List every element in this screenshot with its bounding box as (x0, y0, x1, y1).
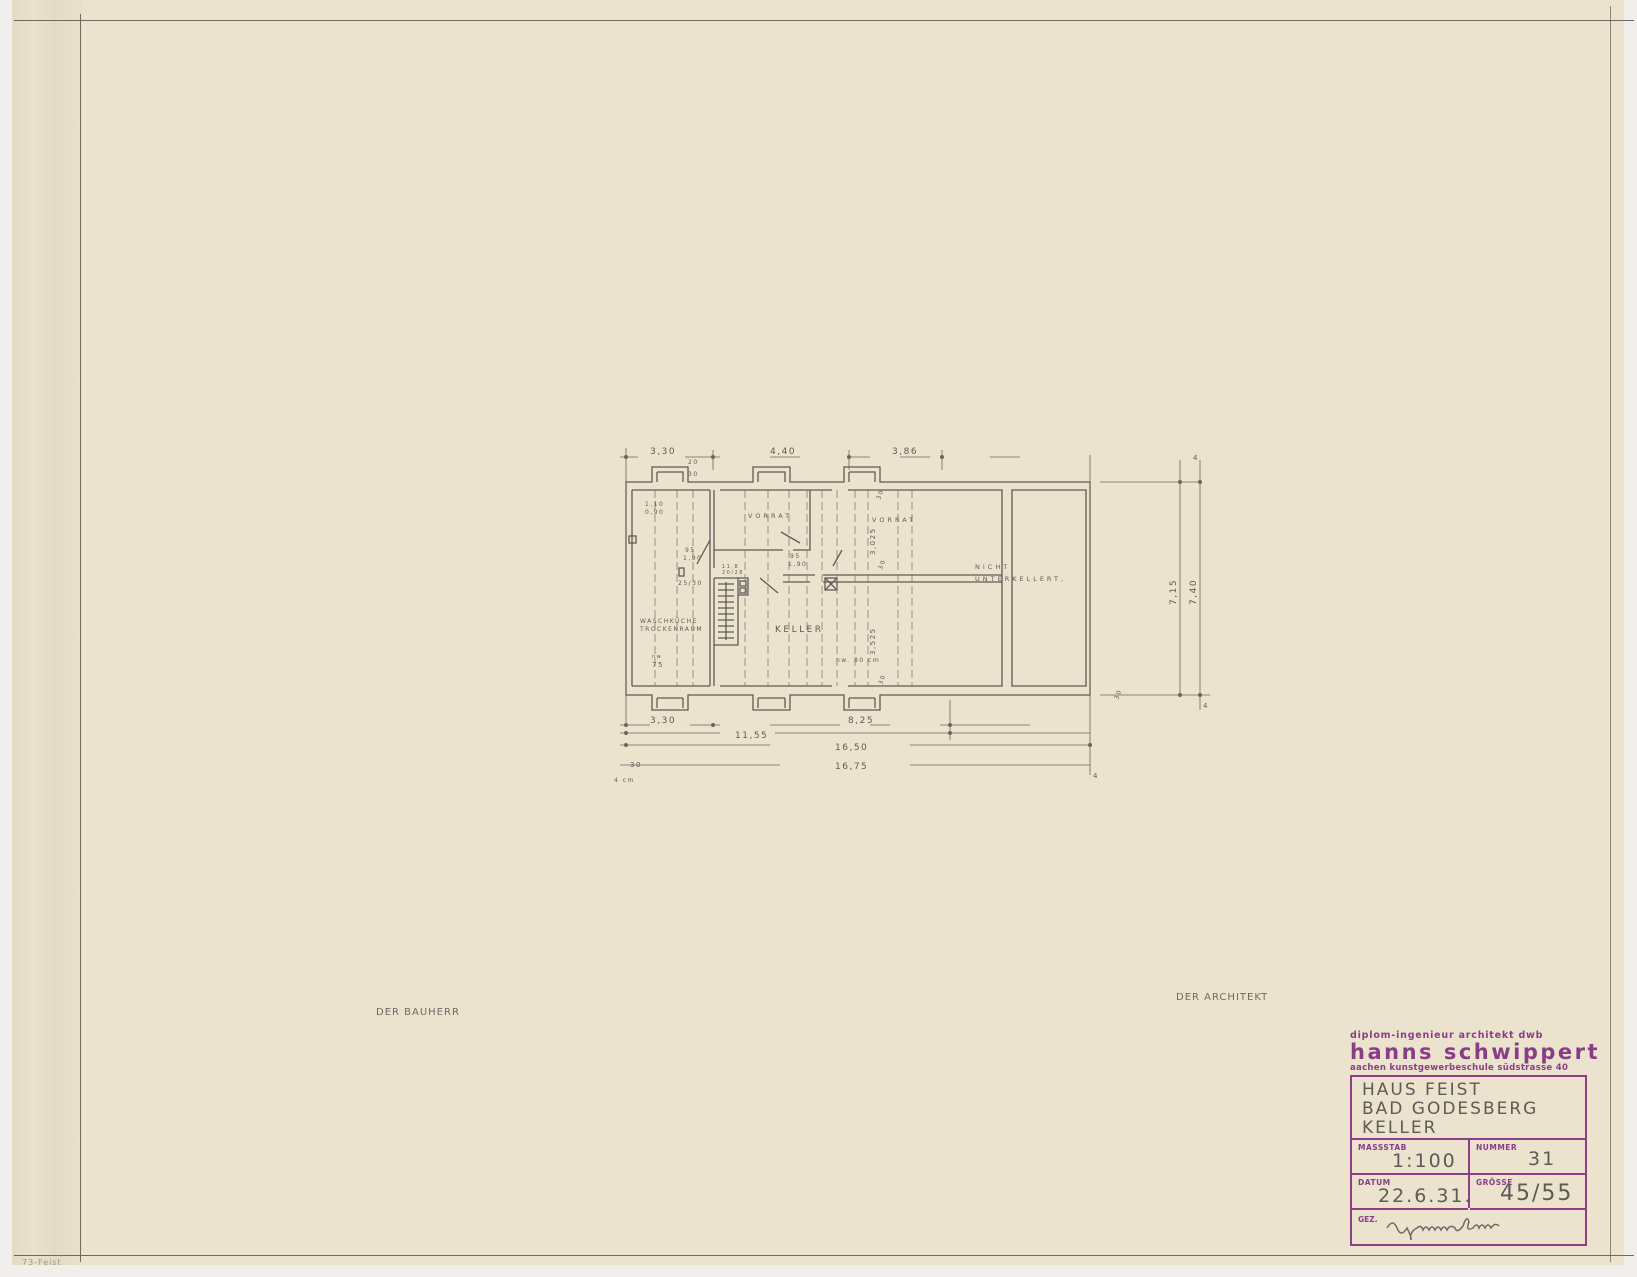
signature-scribble (1382, 1214, 1562, 1240)
dim-bottom-16-75: 16,75 (835, 762, 868, 772)
room-unterkellert: UNTERKELLERT, (975, 575, 1066, 583)
dim-30-e: 30 (1113, 688, 1123, 700)
door-190-a: 1,90 (683, 555, 702, 562)
chimney-25-30: 25/30 (678, 580, 703, 587)
sheet-fold-strip (12, 0, 82, 1265)
nw-80cm: nw. 80 cm (836, 657, 880, 664)
room-vorrat-1: VORRAT (748, 512, 792, 520)
room-vorrat-2: VORRAT (872, 516, 916, 524)
frame-bottom-line (14, 1255, 1634, 1256)
floor-plan-keller: 3,30 4,40 3,86 3,30 8,25 11,55 16,50 16,… (610, 440, 1230, 790)
door-190-b: 1,90 (788, 561, 807, 568)
nw-75: 75 (652, 661, 664, 669)
dim-30: 30 (630, 761, 642, 769)
cell-massstab: MASSSTAB 1:100 (1352, 1140, 1468, 1175)
project-line-3: KELLER (1352, 1119, 1585, 1138)
stamp-firm-address: aachen kunstgewerbeschule südstrasse 40 (1350, 1063, 1590, 1073)
groesse-value: 45/55 (1500, 1181, 1573, 1206)
room-waschkueche: WASCHKÜCHE (640, 618, 698, 625)
dim-3525: 3,525 (869, 627, 877, 655)
room-nicht: NICHT (975, 563, 1010, 571)
gez-label: GEZ. (1358, 1215, 1378, 1224)
dim-20: 20 (688, 459, 699, 466)
frame-top-line (14, 20, 1634, 21)
dim-4a: 4 (1193, 454, 1199, 462)
floor-plan-drawing: 3,30 4,40 3,86 3,30 8,25 11,55 16,50 16,… (610, 440, 1230, 790)
dim-bottom-16-50: 16,50 (835, 743, 868, 753)
dim-3025: 3,025 (869, 527, 877, 555)
dim-30-c: 30 (877, 558, 887, 570)
corner-note: 73-Feist (22, 1258, 62, 1267)
dim-4b: 4 (1203, 702, 1209, 710)
dim-top-3: 3,86 (892, 447, 918, 457)
frame-right-line (1610, 6, 1611, 1262)
window-0-90: 0,90 (645, 509, 664, 516)
dim-4c: 4 (1093, 772, 1099, 780)
dim-30-a: 30 (688, 471, 699, 478)
datum-value: 22.6.31. (1378, 1185, 1473, 1207)
cell-gez: GEZ. (1352, 1210, 1585, 1244)
dim-bottom-2: 8,25 (848, 716, 874, 726)
room-keller: KELLER (775, 625, 824, 635)
dim-4cm: 4 cm (614, 777, 635, 784)
frame-left-line (80, 14, 81, 1262)
nummer-label: NUMMER (1476, 1143, 1517, 1152)
project-line-1: HAUS FEIST (1352, 1077, 1585, 1100)
massstab-value: 1:100 (1392, 1150, 1457, 1172)
stamp-firm-name: hanns schwippert (1350, 1041, 1590, 1063)
cell-nummer: NUMMER 31 (1470, 1140, 1585, 1175)
title-block-project: HAUS FEIST BAD GODESBERG KELLER (1352, 1077, 1585, 1140)
architect-stamp: diplom-ingenieur architekt dwb hanns sch… (1350, 1030, 1590, 1073)
label-der-architekt: DER ARCHITEKT (1176, 992, 1268, 1003)
door-95-b: 95 (790, 553, 801, 560)
dim-right-7-40: 7,40 (1189, 579, 1199, 605)
nw-label: nw (652, 654, 662, 660)
project-line-2: BAD GODESBERG (1352, 1100, 1585, 1119)
cell-datum: DATUM 22.6.31. (1352, 1175, 1468, 1210)
stair-label-2: 20/28 (722, 570, 744, 576)
dim-top-1: 3,30 (650, 447, 676, 457)
room-trockenraum: TROCKENRAUM (639, 626, 703, 633)
dim-30-d: 30 (877, 673, 887, 685)
nummer-value: 31 (1528, 1148, 1556, 1170)
dim-bottom-11-55: 11,55 (735, 731, 768, 741)
dim-right-7-15: 7,15 (1169, 579, 1179, 605)
cell-groesse: GRÖSSE 45/55 (1470, 1175, 1585, 1210)
window-1-10: 1,10 (645, 501, 664, 508)
dim-top-2: 4,40 (770, 447, 796, 457)
title-block: HAUS FEIST BAD GODESBERG KELLER MASSSTAB… (1350, 1075, 1587, 1246)
dim-bottom-1: 3,30 (650, 716, 676, 726)
label-der-bauherr: DER BAUHERR (376, 1007, 460, 1018)
door-95-a: 95 (685, 547, 696, 554)
